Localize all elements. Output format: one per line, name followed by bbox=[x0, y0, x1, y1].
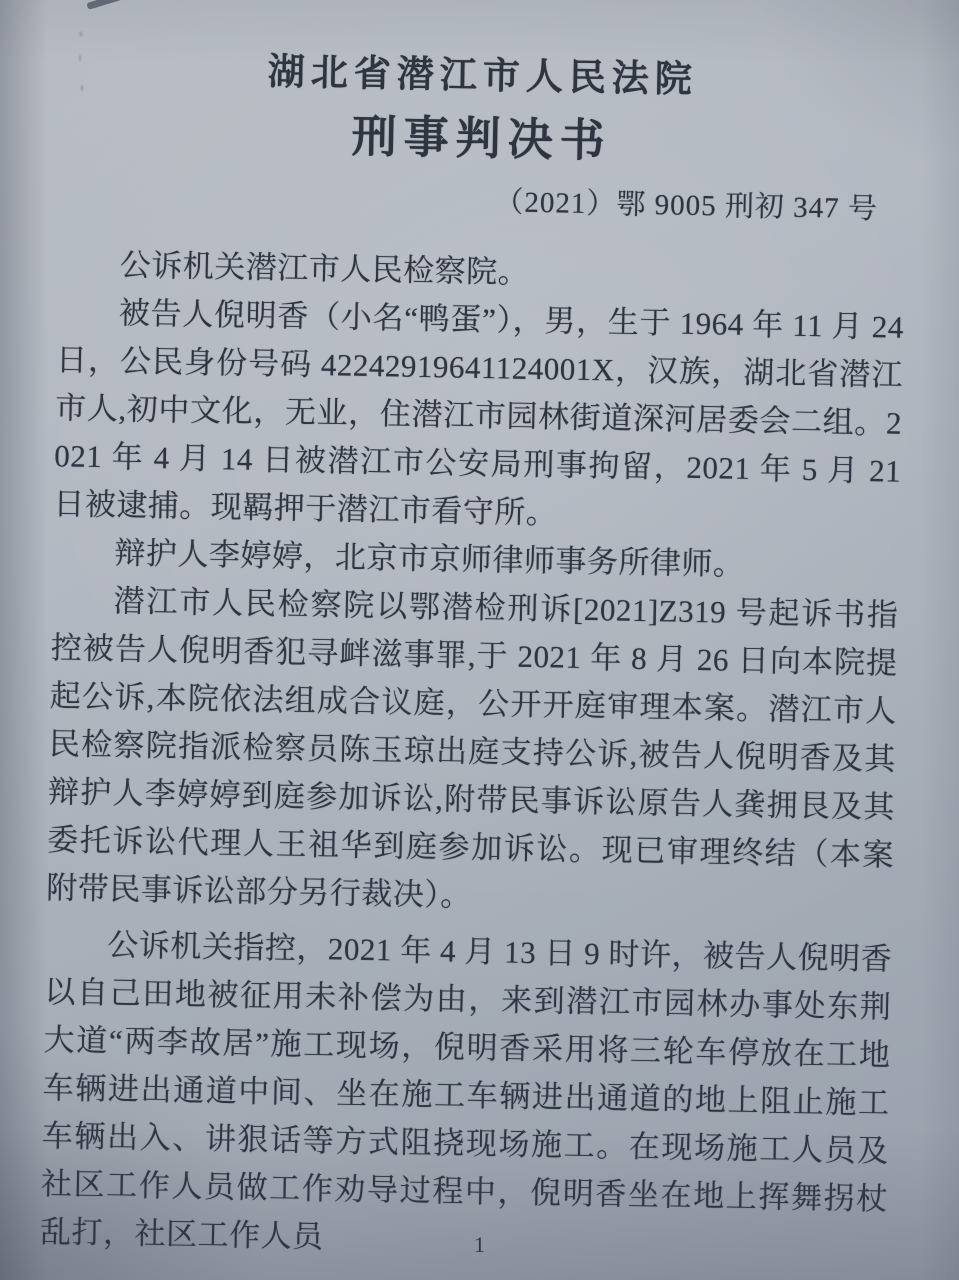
pen-mark bbox=[86, 0, 147, 10]
paragraph-2: 被告人倪明香（小名“鸭蛋”），男，生于 1964 年 11 月 24 日，公民身… bbox=[53, 288, 904, 543]
court-name: 湖北省潜江市人民法院 bbox=[27, 44, 939, 111]
judgment-body: 公诉机关潜江市人民检察院。被告人倪明香（小名“鸭蛋”），男，生于 1964 年 … bbox=[6, 240, 935, 1273]
paragraph-4: 潜江市人民检察院以鄂潜检刑诉[2021]Z319 号起诉书指控被告人倪明香犯寻衅… bbox=[46, 576, 899, 927]
judgment-page: 湖北省潜江市人民法院 刑事判决书 （2021）鄂 9005 刑初 347 号 公… bbox=[6, 30, 939, 1272]
ink-smudge bbox=[74, 28, 88, 98]
page-number: 1 bbox=[0, 1232, 959, 1258]
document-photo: 湖北省潜江市人民法院 刑事判决书 （2021）鄂 9005 刑初 347 号 公… bbox=[0, 0, 959, 1280]
case-number: （2021）鄂 9005 刑初 347 号 bbox=[25, 174, 879, 230]
paragraph-5: 公诉机关指控，2021 年 4 月 13 日 9 时许，被告人倪明香以自己田地被… bbox=[40, 920, 893, 1271]
document-title: 刑事判决书 bbox=[26, 102, 938, 177]
